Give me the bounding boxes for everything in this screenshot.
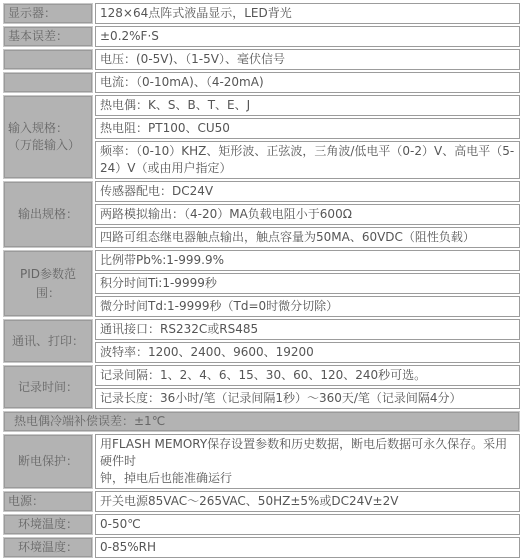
value-proportional: 比例带Pb%:1-999.9% [95, 250, 520, 271]
value-display: 128×64点阵式液晶显示，LED背光 [95, 3, 520, 24]
value-power-protect: 用FLASH MEMORY保存设置参数和历史数据，断电后数据可永久保存。采用硬件… [95, 434, 520, 489]
value-record-interval: 记录间隔：1、2、4、6、15、30、60、120、240秒可选。 [95, 365, 520, 386]
value-power-protect-line2: 钟，掉电后也能准确运行 [100, 470, 515, 487]
spec-table: 显示器： 128×64点阵式液晶显示，LED背光 基本误差： ±0.2%F·S … [1, 1, 522, 520]
label-comm: 通讯、打印： [3, 319, 93, 363]
value-current: 电流：（0-10mA)、（4-20mA) [95, 72, 520, 93]
table-row-power-protect: 断电保护： 用FLASH MEMORY保存设置参数和历史数据，断电后数据可永久保… [3, 434, 520, 489]
value-basic-error: ±0.2%F·S [95, 26, 520, 47]
table-row-power-supply: 电源： 开关电源85VAC～265VAC、50HZ±5%或DC24V±2V [3, 491, 520, 512]
label-power-protect: 断电保护： [3, 434, 93, 489]
value-relay-out: 四路可组态继电器触点输出，触点容量为50MA、60VDC（阻性负载） [95, 227, 520, 248]
label-record: 记录时间： [3, 365, 93, 409]
value-power-protect-line1: 用FLASH MEMORY保存设置参数和历史数据，断电后数据可永久保存。采用硬件… [100, 436, 515, 470]
table-row-env-temp: 环境温度： 0-50℃ [3, 514, 520, 520]
value-integral: 积分时间Ti:1-9999秒 [95, 273, 520, 294]
table-row-sensor-power: 输出规格： 传感器配电：DC24V [3, 181, 520, 202]
label-display: 显示器： [3, 3, 93, 24]
table-row-basic-error: 基本误差： ±0.2%F·S [3, 26, 520, 47]
table-row-current: 电流：（0-10mA)、（4-20mA) [3, 72, 520, 93]
value-baud: 波特率：1200、2400、9600、19200 [95, 342, 520, 363]
value-frequency-line1: 频率：（0-10）KHZ、矩形波、正弦波，三角波/低电平（0-2）V、高电平（5… [100, 143, 515, 160]
table-row-record-interval: 记录时间： 记录间隔：1、2、4、6、15、30、60、120、240秒可选。 [3, 365, 520, 386]
value-sensor-power: 传感器配电：DC24V [95, 181, 520, 202]
table-row-comm-interface: 通讯、打印： 通讯接口：RS232C或RS485 [3, 319, 520, 340]
table-row-cold-junction: 热电偶冷端补偿误差：±1℃ [3, 411, 520, 432]
label-input-spec-line2: （万能输入） [8, 137, 88, 154]
value-env-temp: 0-50℃ [95, 514, 520, 520]
label-cold-junction: 热电偶冷端补偿误差：±1℃ [3, 411, 520, 432]
label-pid: PID参数范围： [3, 250, 93, 317]
table-row-thermocouple: 输入规格： （万能输入） 热电偶：K、S、B、T、E、J [3, 95, 520, 116]
value-rtd: 热电阻：PT100、CU50 [95, 118, 520, 139]
value-frequency-line2: 24）V（或由用户指定） [100, 160, 515, 177]
table-row-display: 显示器： 128×64点阵式液晶显示，LED背光 [3, 3, 520, 24]
value-comm-interface: 通讯接口：RS232C或RS485 [95, 319, 520, 340]
table-row-voltage: 电压：(0-5V)、（1-5V）、毫伏信号 [3, 49, 520, 70]
label-output-spec: 输出规格： [3, 181, 93, 248]
value-record-length: 记录长度：36小时/笔（记录间隔1秒）～360天/笔（记录间隔4分） [95, 388, 520, 409]
label-empty-voltage [3, 49, 93, 70]
value-derivative: 微分时间Td:1-9999秒（Td=0时微分切除） [95, 296, 520, 317]
label-empty-current [3, 72, 93, 93]
value-voltage: 电压：(0-5V)、（1-5V）、毫伏信号 [95, 49, 520, 70]
value-power-supply: 开关电源85VAC～265VAC、50HZ±5%或DC24V±2V [95, 491, 520, 512]
label-power-supply: 电源： [3, 491, 93, 512]
value-thermocouple: 热电偶：K、S、B、T、E、J [95, 95, 520, 116]
label-basic-error: 基本误差： [3, 26, 93, 47]
label-input-spec: 输入规格： （万能输入） [3, 95, 93, 179]
label-env-temp: 环境温度： [3, 514, 93, 520]
value-analog-out: 两路模拟输出：（4-20）MA负载电阻小于600Ω [95, 204, 520, 225]
label-input-spec-line1: 输入规格： [8, 120, 88, 137]
table-row-proportional: PID参数范围： 比例带Pb%:1-999.9% [3, 250, 520, 271]
value-frequency: 频率：（0-10）KHZ、矩形波、正弦波，三角波/低电平（0-2）V、高电平（5… [95, 141, 520, 179]
